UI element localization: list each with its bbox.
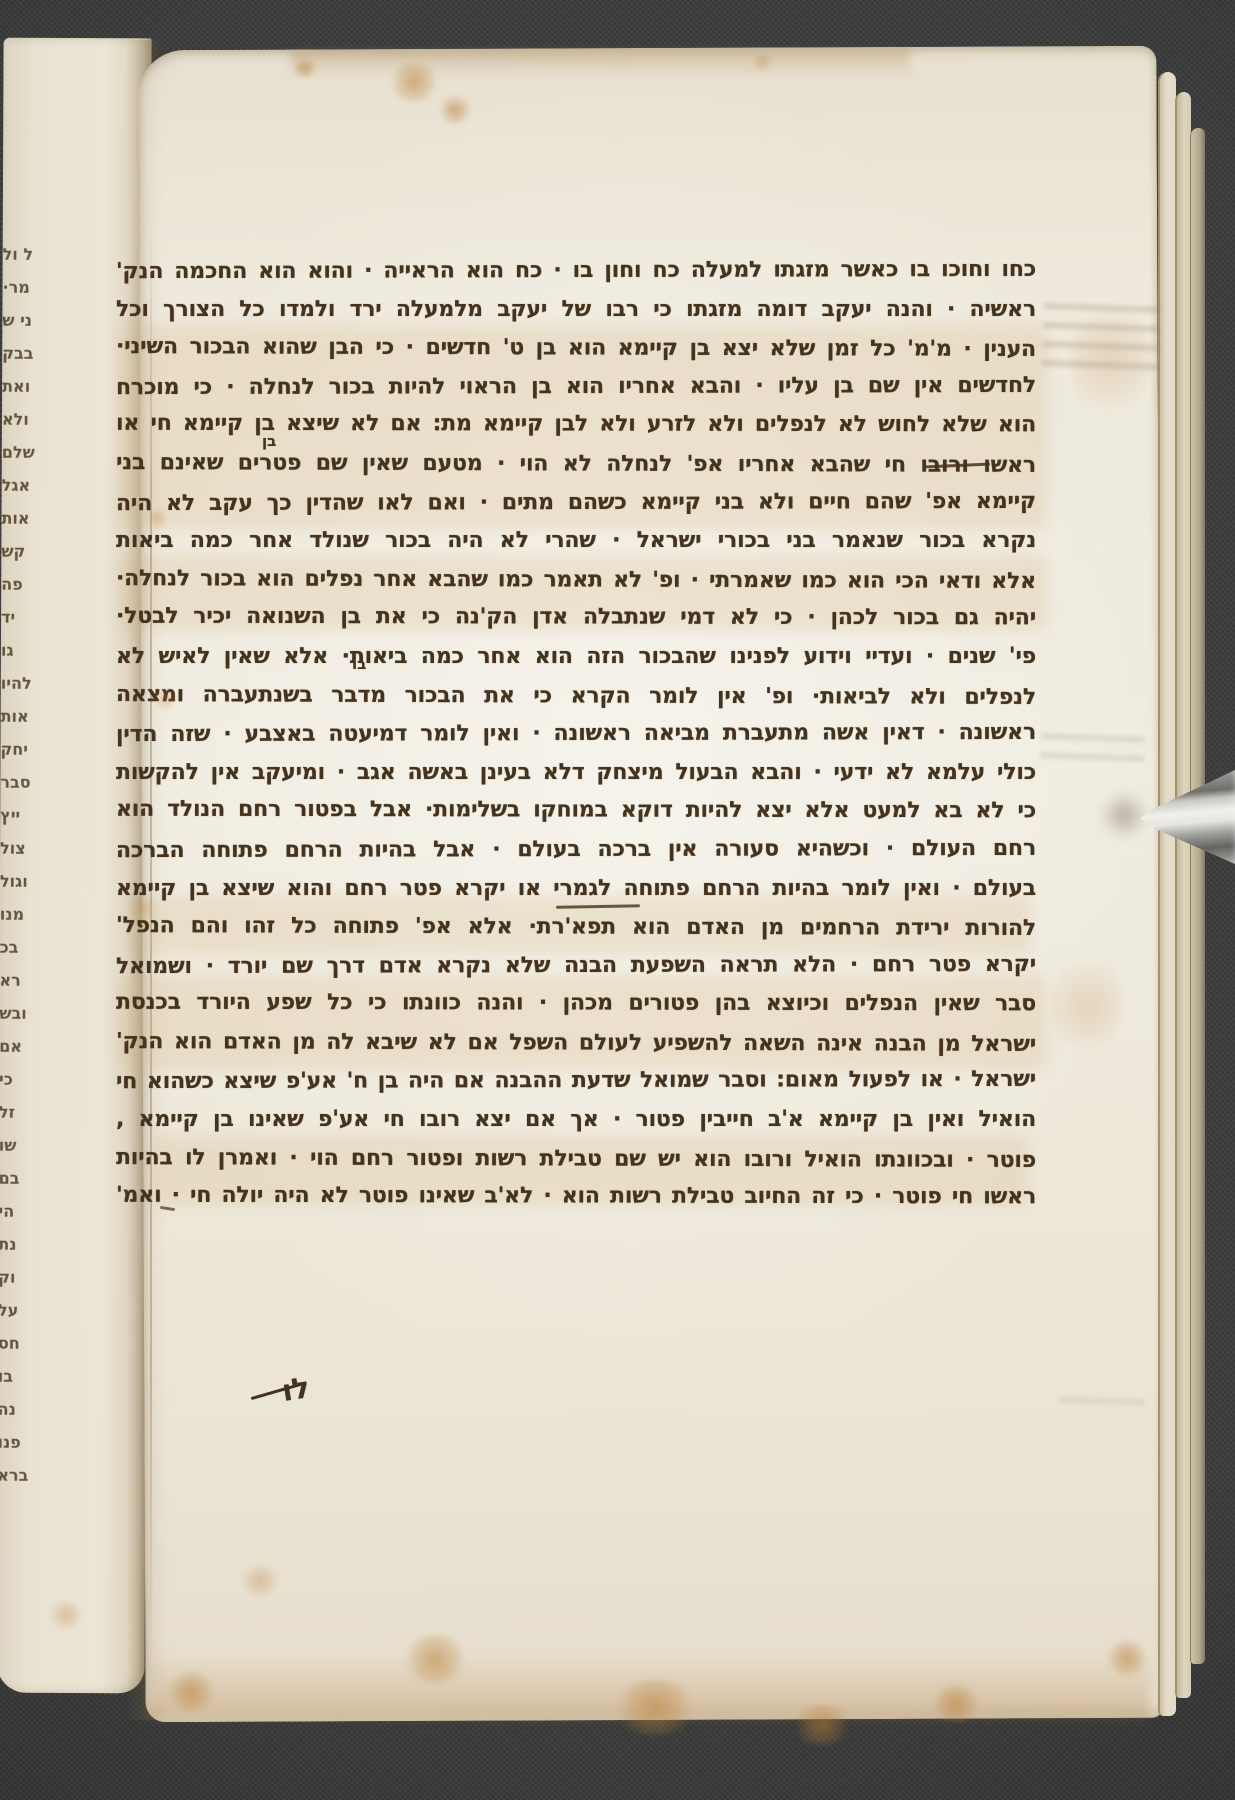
facing-line-fragment: ל ול — [3, 238, 75, 271]
page-weight-shadow — [1098, 792, 1150, 838]
facing-line-fragment: אגל — [2, 469, 74, 502]
facing-line-fragment: שלם — [2, 436, 74, 469]
facing-line-fragment: ני ש — [2, 304, 74, 337]
show-through-text — [1057, 1383, 1146, 1418]
facing-line-fragment: אות — [1, 700, 73, 733]
facing-line-fragment: הי — [0, 1195, 71, 1228]
text-line: יהיה גם בכור לכהן · כי לא דמי שנתבלה אדן… — [116, 598, 1036, 638]
facing-line-fragment: נת — [0, 1228, 70, 1261]
text-line: הוא שלא לחוש לא לנפלים ולא לזרע ולא לבן … — [116, 405, 1036, 445]
page-edge-3 — [1190, 128, 1205, 1664]
facing-line-fragment: בו — [0, 1360, 70, 1393]
facing-line-fragment: וק — [0, 1261, 70, 1294]
foxing-stain — [400, 1635, 470, 1683]
facing-line-fragment: כי — [0, 1063, 71, 1096]
text-line: כולי עלמא לא ידעי · והבא הבעול מיצחק דלא… — [116, 754, 1036, 793]
facing-line-fragment: וגול — [0, 865, 72, 898]
facing-line-fragment: שו — [0, 1129, 71, 1162]
facing-line-fragment: ובש — [0, 997, 71, 1030]
text-line: ראשונה · דאין אשה מתעברת מביאה ראשונה · … — [116, 714, 1036, 755]
show-through-text — [1039, 720, 1146, 775]
facing-line-fragment: בם — [0, 1162, 71, 1195]
text-line: הואיל ואין בן קיימא א'ב חייבין פטור · אך… — [116, 1101, 1036, 1140]
facing-line-fragment: יחק — [0, 733, 72, 766]
foxing-stain — [790, 1705, 854, 1745]
facing-line-fragment: רא — [0, 964, 72, 997]
interlinear-insertion: בו — [352, 655, 366, 673]
facing-line-fragment: קש — [1, 535, 73, 568]
facing-line-fragment: חס — [0, 1327, 70, 1360]
text-line: ראשו ורובו חי שהבא אחריו אפ' לנחלה לא הו… — [116, 444, 1036, 485]
foxing-stain — [165, 1672, 217, 1712]
text-line: סבר שאין הנפלים וכיוצא בהן פטורים מכהן ·… — [116, 984, 1036, 1024]
facing-line-fragment: בבק — [2, 337, 74, 370]
foxing-stain — [438, 96, 472, 124]
facing-line-fragment: נה — [0, 1393, 70, 1426]
foxing-stain — [1070, 300, 1150, 420]
facing-line-fragment: בכ — [0, 931, 72, 964]
facing-line-fragment: על — [0, 1294, 70, 1327]
text-line: פי' שנים · ועדיי וידוע לפנינו שהבכור הזה… — [116, 638, 1036, 677]
text-line: ישראל · או לפעול מאום: וסבר שמואל שדעת ה… — [116, 1061, 1036, 1102]
text-block: כחו וחוכו בו כאשר מזגתו למעלה כח וחון בו… — [116, 252, 1036, 1227]
text-line: פוטר · ובכוונתו הואיל ורובו הוא יש שם טב… — [116, 1139, 1036, 1180]
facing-line-fragment: אם — [0, 1030, 71, 1063]
facing-line-fragment: מר· — [2, 271, 74, 304]
manuscript-photograph: ל ולמר·ני שבבקואתולאשלםאגלאותקשפהידגולהי… — [0, 0, 1235, 1800]
facing-line-fragment: יד — [1, 601, 73, 634]
facing-line-fragment: פה — [1, 568, 73, 601]
foxing-stain — [1105, 1640, 1149, 1676]
text-line: ישראל מן הבנה אינה השאה להשפיע לעולם השפ… — [116, 1023, 1036, 1064]
facing-page-text-fragments: ל ולמר·ני שבבקואתולאשלםאגלאותקשפהידגולהי… — [0, 238, 75, 1492]
page-edge-2 — [1175, 92, 1191, 1698]
facing-line-fragment: אות — [1, 502, 73, 535]
foxing-stain — [292, 58, 318, 78]
page-edge-1 — [1158, 72, 1176, 1716]
facing-line-fragment: ברא — [0, 1459, 69, 1492]
facing-line-fragment: סבר — [0, 766, 72, 799]
foxing-stain — [48, 1600, 84, 1630]
text-line: רחם העולם · וכשהיא סעורה אין ברכה בעולם … — [116, 830, 1036, 871]
interlinear-insertion: בן — [262, 432, 276, 450]
foxing-stain — [388, 62, 440, 102]
text-line: להורות ירידת הרחמים מן האדם הוא תפא'רת· … — [116, 907, 1036, 948]
foxing-stain — [1052, 950, 1122, 1060]
text-line: ראשיה · והנה יעקב דומה מזגתו כי רבו של י… — [116, 291, 1036, 330]
text-line: אלא ודאי הכי הוא כמו שאמרתי · ופ' לא תאמ… — [116, 560, 1036, 601]
facing-line-fragment: ייץ — [0, 799, 72, 832]
facing-line-fragment: פנו — [0, 1426, 70, 1459]
text-line: יקרא פטר רחם · הלא תראה השפעת הבנה שלא נ… — [116, 946, 1036, 987]
text-line: נקרא בכור שנאמר בני בכורי ישראל · שהרי ל… — [116, 522, 1036, 561]
foxing-stain — [146, 508, 168, 528]
foxing-stain — [152, 688, 178, 710]
facing-line-fragment: זל — [0, 1096, 71, 1129]
text-line: בעולם · ואין לומר בהיות הרחם פתוחה לגמרי… — [116, 870, 1036, 909]
facing-line-fragment: צול — [0, 832, 72, 865]
foxing-stain — [128, 895, 158, 921]
foxing-stain — [610, 1680, 700, 1735]
text-line: כחו וחוכו בו כאשר מזגתו למעלה כח וחון בו… — [116, 252, 1036, 292]
foxing-stain — [240, 1565, 280, 1597]
facing-line-fragment: גו — [1, 634, 73, 667]
foxing-stain — [930, 1685, 982, 1723]
facing-line-fragment: מנו — [0, 898, 72, 931]
text-line: כי לא בא למעט אלא יצא להיות דוקא במוחקו … — [116, 791, 1036, 831]
facing-line-fragment: ואת — [2, 370, 74, 403]
text-line: ראשו חי פוטר · כי זה החיוב טבילת רשות הו… — [116, 1177, 1036, 1217]
text-line: הענין · מ'מ' כל זמן שלא יצא בן קיימא הוא… — [116, 328, 1036, 369]
text-line: לנפלים ולא לביאות· ופ' אין לומר הקרא כי … — [116, 676, 1036, 717]
facing-line-fragment: להיו — [1, 667, 73, 700]
facing-line-fragment: ולא — [2, 403, 74, 436]
text-line: קיימא אפ' שהם חיים ולא בני קיימא כשהם מת… — [116, 482, 1036, 523]
top-edge-toning — [290, 50, 910, 78]
text-line: לחדשים אין שם בן עליו · והבא אחריו הוא ב… — [116, 367, 1036, 408]
foxing-stain — [750, 54, 774, 70]
